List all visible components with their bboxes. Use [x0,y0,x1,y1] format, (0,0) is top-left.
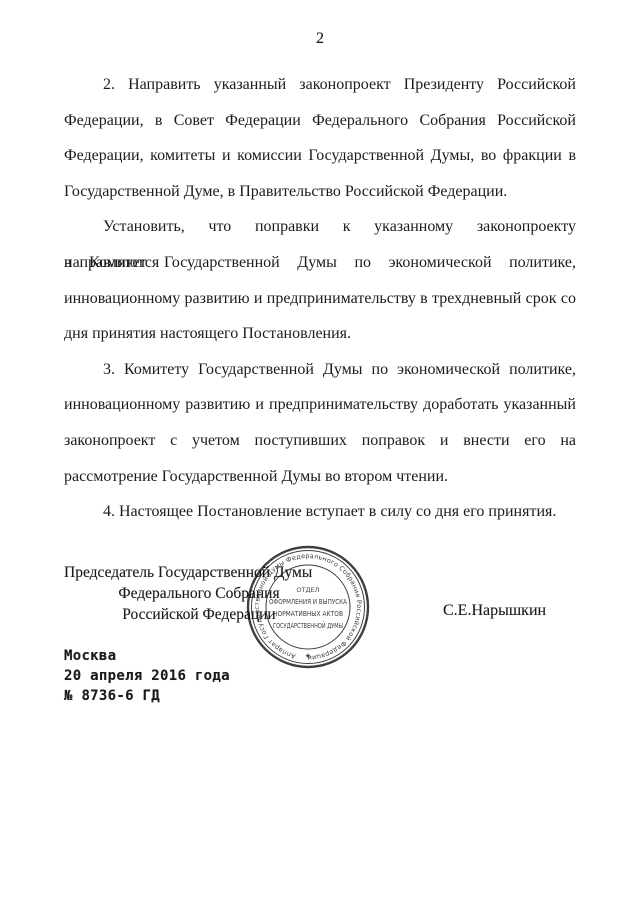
document-body: 2. Направить указанный законопроект През… [64,67,576,530]
paragraph-line: Федерации, комитеты и комиссии Государст… [64,138,576,174]
footer-block: Москва 20 апреля 2016 года № 8736-6 ГД [64,646,230,706]
paragraph-line: 4. Настоящее Постановление вступает в си… [64,494,576,530]
stamp-center-text: ОТДЕЛ [296,586,319,594]
paragraph-line: дня принятия настоящего Постановления. [64,316,576,352]
stamp-inner-ring [266,565,350,649]
stamp-seal-graphic: Аппарат Государственной Думы Федеральног… [245,544,371,670]
document-page: 2 2. Направить указанный законопроект Пр… [0,0,640,905]
footer-date: 20 апреля 2016 года [64,666,230,686]
page-number: 2 [0,30,640,48]
paragraph-amendments: Установить, что поправки к указанному за… [64,209,576,351]
paragraph-line: 3. Комитету Государственной Думы по экон… [64,352,576,388]
paragraph-line: Государственной Думе, в Правительство Ро… [64,174,576,210]
footer-city: Москва [64,646,230,666]
stamp-middle-ring [252,551,365,664]
footer-number: № 8736-6 ГД [64,686,230,706]
paragraph-2: 2. Направить указанный законопроект През… [64,67,576,209]
signature-name: С.Е.Нарышкин [443,602,546,620]
stamp-center-text: ГОСУДАРСТВЕННОЙ ДУМЫ [273,621,343,630]
official-stamp: Аппарат Государственной Думы Федеральног… [245,544,371,670]
paragraph-line: инновационному развитию и предпринимател… [64,281,576,317]
paragraph-line: инновационному развитию и предпринимател… [64,387,576,423]
paragraph-line: Установить, что поправки к указанному за… [64,209,576,245]
paragraph-4: 4. Настоящее Постановление вступает в си… [64,494,576,530]
stamp-ring-text: Аппарат Государственной Думы Федеральног… [253,552,363,662]
paragraph-line: 2. Направить указанный законопроект През… [64,67,576,103]
paragraph-3: 3. Комитету Государственной Думы по экон… [64,352,576,494]
stamp-center-text: ОФОРМЛЕНИЯ И ВЫПУСКА [269,598,347,606]
paragraph-line: в Комитет Государственной Думы по эконом… [64,245,576,281]
paragraph-line: Федерации, в Совет Федерации Федеральног… [64,103,576,139]
paragraph-line: законопроект с учетом поступивших поправ… [64,423,576,459]
paragraph-line: рассмотрение Государственной Думы во вто… [64,459,576,495]
stamp-star-icon: ★ [305,652,311,660]
stamp-center-text: НОРМАТИВНЫХ АКТОВ [273,610,343,618]
